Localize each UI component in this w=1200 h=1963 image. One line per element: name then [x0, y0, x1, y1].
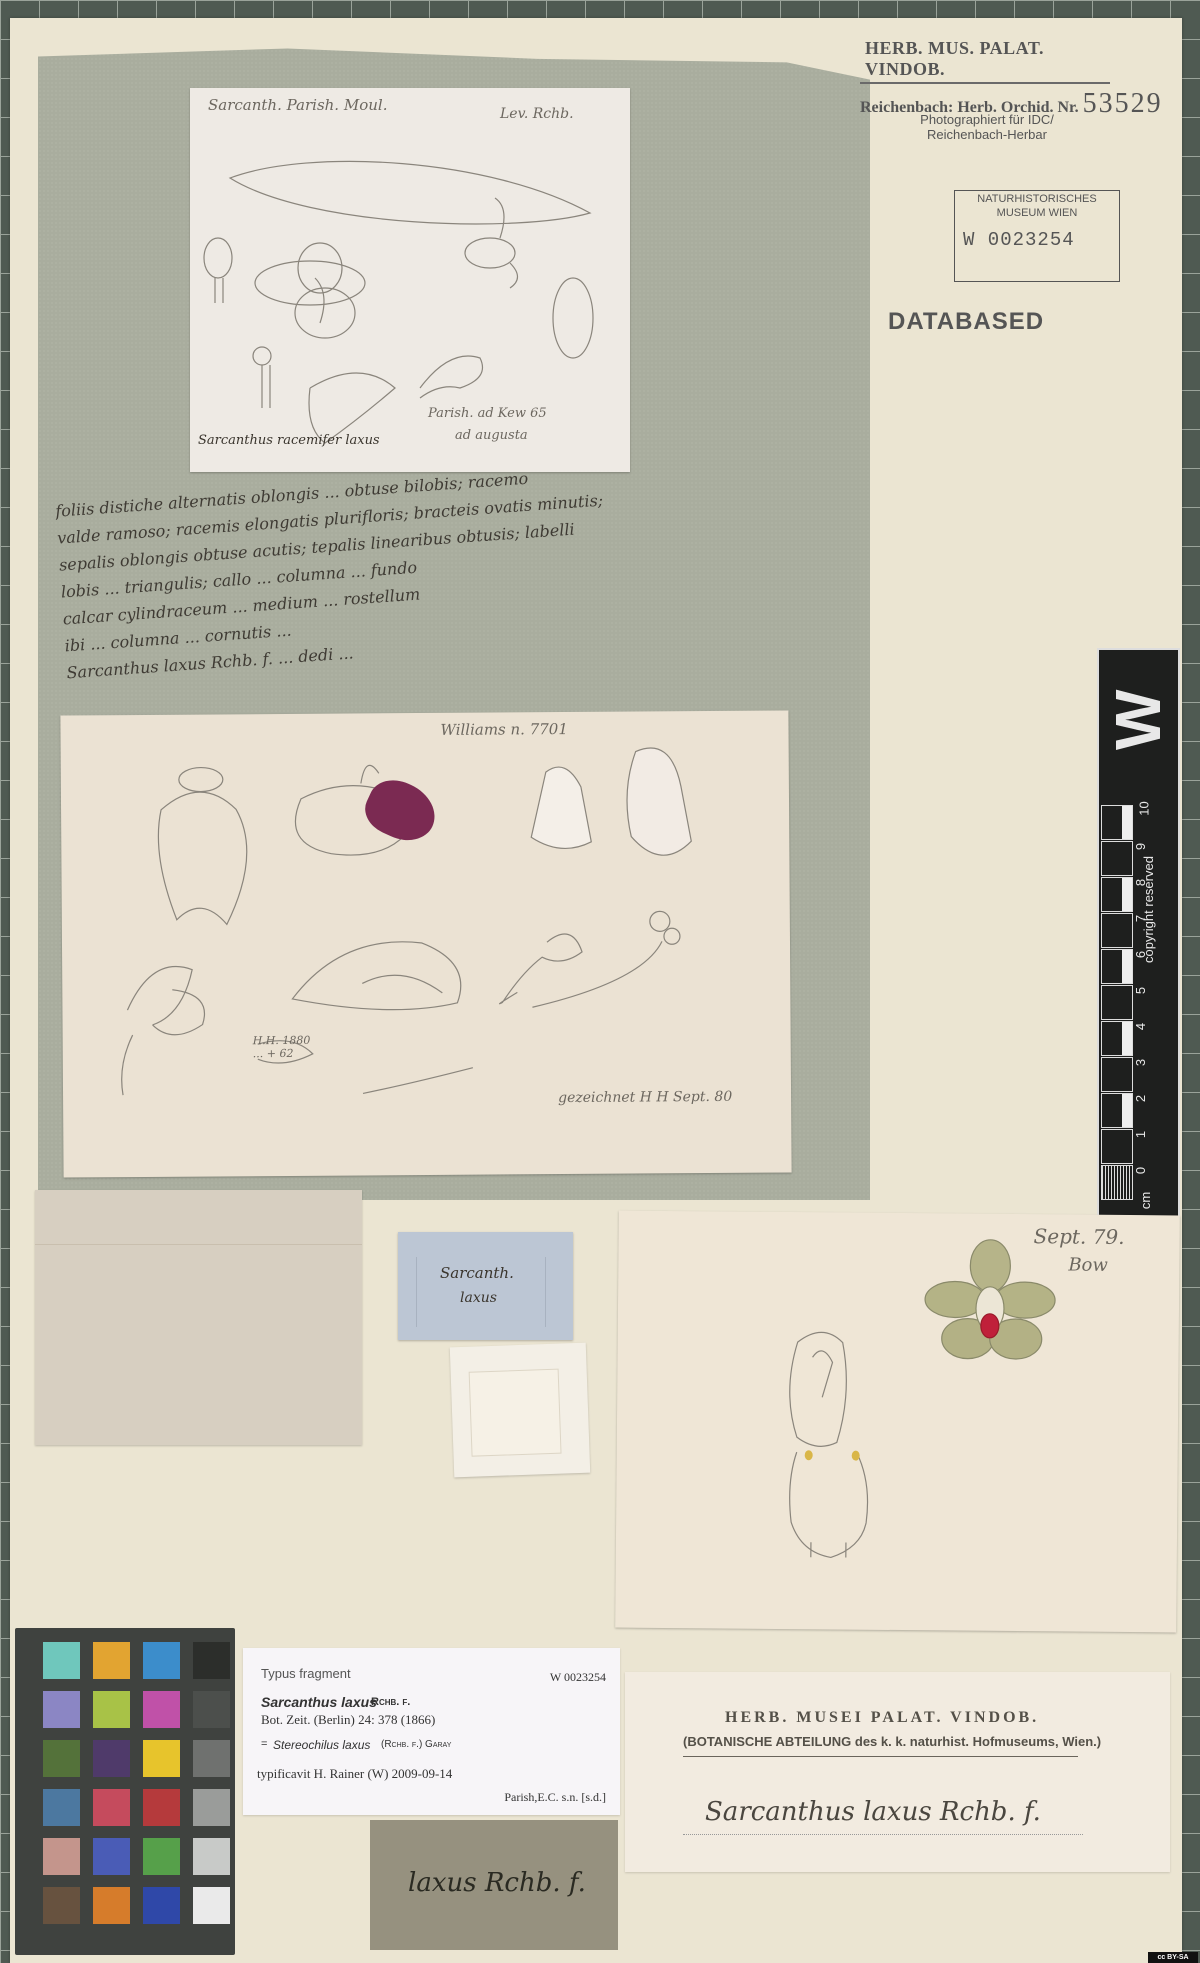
- museum-stamp-line2: MUSEUM WIEN: [955, 208, 1119, 219]
- protologue: Bot. Zeit. (Berlin) 24: 378 (1866): [261, 1712, 435, 1728]
- color-patch: [43, 1887, 80, 1924]
- museum-barcode-stamp: NATURHISTORISCHES MUSEUM WIEN W 0023254: [954, 190, 1120, 282]
- databased-stamp: DATABASED: [888, 308, 1044, 336]
- sketch-note-bottom-right: gezeichnet H H Sept. 80: [558, 1089, 732, 1106]
- middle-sketch-card: Williams n. 7701 H.H. 1880 ... + 62 geze…: [60, 710, 791, 1177]
- collector: Parish,E.C. s.n. [s.d.]: [504, 1790, 606, 1805]
- specimen-envelope: [35, 1190, 362, 1445]
- blue-fragment-packet: Sarcanth. laxus: [398, 1232, 573, 1340]
- ruler-tick: 2: [1133, 1095, 1148, 1102]
- museum-stamp-line1: NATURHISTORISCHES: [955, 194, 1119, 205]
- photo-stamp: Photographiert für IDC/ Reichenbach-Herb…: [912, 112, 1062, 142]
- color-patch: [193, 1740, 230, 1777]
- herb-orchid-number: 53529: [1083, 88, 1163, 120]
- color-patch: [143, 1691, 180, 1728]
- top-sketch-card: Sarcanth. Parish. Moul. Lev. Rchb. Sarca…: [190, 88, 630, 472]
- color-patch: [143, 1789, 180, 1826]
- envelope-flap: [35, 1235, 362, 1245]
- herbarium-label: HERB. MUSEI PALAT. VINDOB. (BOTANISCHE A…: [625, 1672, 1170, 1872]
- color-patch: [43, 1642, 80, 1679]
- color-patch: [43, 1838, 80, 1875]
- color-patch: [193, 1838, 230, 1875]
- copyright-text: copyright reserved: [1141, 810, 1171, 1010]
- ruler-tick: 4: [1133, 1023, 1148, 1030]
- sketch-note-bottom-right-2: ad augusta: [455, 428, 528, 443]
- color-patch: [143, 1740, 180, 1777]
- green-flower-painting: [615, 1211, 1180, 1633]
- ruler-unit: cm: [1138, 1192, 1153, 1209]
- color-patch: [43, 1691, 80, 1728]
- color-patch: [193, 1642, 230, 1679]
- synonym-author: (Rchb. f.) Garay: [381, 1739, 451, 1750]
- color-calibration-chart: [15, 1628, 235, 1955]
- color-patch: [93, 1691, 130, 1728]
- herb-label-name-line: [683, 1834, 1083, 1835]
- sketch-note-bottom-right-1: Parish. ad Kew 65: [428, 406, 547, 421]
- color-patch: [43, 1789, 80, 1826]
- flower-parts-drawing: [60, 710, 791, 1177]
- herb-label-divider: [683, 1756, 1078, 1757]
- scrap-handwriting: laxus Rchb. f.: [408, 1868, 586, 1898]
- sketch-note-bottom-left: Sarcanthus racemifer laxus: [198, 433, 380, 448]
- packet-label-line1: Sarcanth.: [440, 1264, 514, 1282]
- color-patch: [93, 1740, 130, 1777]
- herb-label-taxon: Sarcanthus laxus Rchb. f.: [705, 1797, 1041, 1827]
- scale-ruler: W 10 9 8 7 6 5 4 3 2 1 0 cm copyright re…: [1097, 648, 1180, 1220]
- type-status: Typus fragment: [261, 1666, 351, 1681]
- color-patch: [143, 1887, 180, 1924]
- sketch-note-bottom-left: H.H. 1880 ... + 62: [253, 1034, 313, 1060]
- white-fragment-packet: [450, 1343, 590, 1478]
- typification: typificavit H. Rainer (W) 2009-09-14: [257, 1766, 452, 1782]
- ruler-scale-bar: [1101, 805, 1133, 1210]
- color-patch: [93, 1789, 130, 1826]
- herbarium-number-stamp: HERB. MUS. PALAT. VINDOB. Reichenbach: H…: [860, 38, 1190, 120]
- color-patch: [93, 1887, 130, 1924]
- herb-label-subheader: (BOTANISCHE ABTEILUNG des k. k. naturhis…: [683, 1734, 1101, 1749]
- type-specimen-label: Typus fragment W 0023254 Sarcanthus laxu…: [243, 1648, 620, 1815]
- ruler-tick: 3: [1133, 1059, 1148, 1066]
- color-patch: [93, 1642, 130, 1679]
- color-patch: [143, 1838, 180, 1875]
- museum-barcode: W 0023254: [955, 229, 1119, 251]
- original-label-scrap: laxus Rchb. f.: [370, 1820, 618, 1950]
- synonym-name: Stereochilus laxus: [273, 1738, 370, 1752]
- label-barcode: W 0023254: [550, 1670, 606, 1685]
- herb-stamp-header: HERB. MUS. PALAT. VINDOB.: [860, 38, 1110, 84]
- taxon-name: Sarcanthus laxus: [261, 1694, 377, 1710]
- color-patch: [143, 1642, 180, 1679]
- color-patch: [193, 1887, 230, 1924]
- ruler-tick: 0: [1133, 1167, 1148, 1174]
- color-patch: [193, 1691, 230, 1728]
- photo-stamp-line1: Photographiert für IDC/: [912, 112, 1062, 127]
- photo-stamp-line2: Reichenbach-Herbar: [912, 127, 1062, 142]
- color-patch: [193, 1789, 230, 1826]
- right-sketch-card: Sept. 79. Bow: [615, 1211, 1180, 1633]
- herb-label-header: HERB. MUSEI PALAT. VINDOB.: [725, 1709, 1039, 1727]
- taxon-author: Rchb. f.: [371, 1696, 410, 1708]
- ruler-tick: 1: [1133, 1131, 1148, 1138]
- license-badge: cc BY-SA: [1148, 1952, 1198, 1963]
- color-patch: [93, 1838, 130, 1875]
- orchid-sketch-drawing: [190, 88, 630, 472]
- w-logo: W: [1103, 700, 1173, 750]
- packet-fold: [469, 1369, 562, 1457]
- packet-label-line2: laxus: [460, 1290, 497, 1306]
- color-patch: [43, 1740, 80, 1777]
- synonym-prefix: =: [261, 1738, 267, 1750]
